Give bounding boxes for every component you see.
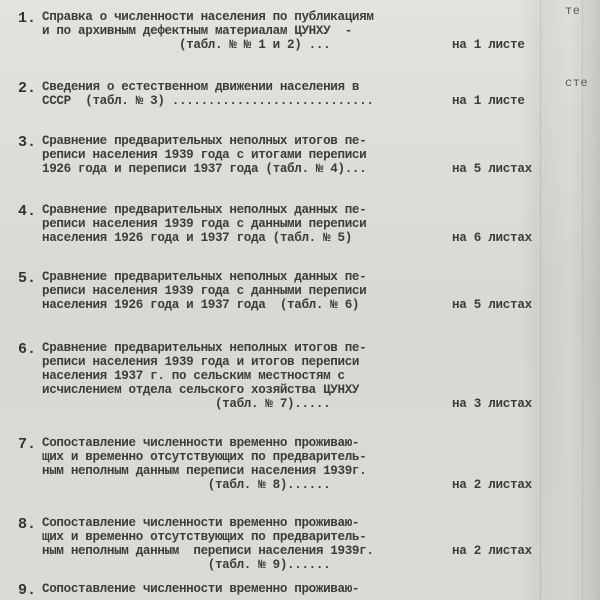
bleed-through-text: сте [565,76,588,90]
page-fold-line [540,0,541,600]
item-number: 2. [18,80,36,97]
item-text-line: (табл. № 9)...... [42,558,374,572]
item-text-line: СССР (табл. № 3) .......................… [42,94,374,108]
item-text-line: Сравнение предварительных неполных данны… [42,203,366,217]
item-text-line: (табл. № № 1 и 2) ... [42,38,374,52]
item-text-line: исчислением отдела сельского хозяйства Ц… [42,383,366,397]
item-text-line: реписи населения 1939 года с данными пер… [42,284,366,298]
item-number: 8. [18,516,36,533]
item-text-line: Сравнение предварительных неполных итого… [42,341,366,355]
sheet-count: на 2 листах [452,478,532,492]
item-text-line: Сведения о естественном движении населен… [42,80,374,94]
item-text-line: реписи населения 1939 года и итогов пере… [42,355,366,369]
item-text-line: ным неполным данным переписи населения 1… [42,544,374,558]
item-text-line: Сопоставление численности временно прожи… [42,436,366,450]
sheet-count: на 2 листах [452,544,532,558]
item-text-line: населения 1926 года и 1937 года (табл. №… [42,298,366,312]
sheet-count: на 3 листах [452,397,532,411]
item-text-line: щих и временно отсутствующих по предвари… [42,530,374,544]
item-text-line: и по архивным дефектным материалам ЦУНХУ… [42,24,374,38]
sheet-count: на 1 листе [452,94,525,108]
document-page: те сте 1. Справка о численности населени… [0,0,600,600]
item-number: 4. [18,203,36,220]
item-text-line: Справка о численности населения по публи… [42,10,374,24]
bleed-through-text: те [565,4,580,18]
item-text-line: 1926 года и переписи 1937 года (табл. № … [42,162,366,176]
item-text-line: Сравнение предварительных неполных данны… [42,270,366,284]
item-text-line: ным неполным данным переписи населения 1… [42,464,366,478]
page-fold-line [582,0,583,600]
item-number: 3. [18,134,36,151]
sheet-count: на 6 листах [452,231,532,245]
item-number: 1. [18,10,36,27]
item-text-line: Сравнение предварительных неполных итого… [42,134,366,148]
item-text-line: Сопоставление численности временно прожи… [42,582,359,596]
item-text-line: населения 1937 г. по сельским местностям… [42,369,366,383]
item-number: 6. [18,341,36,358]
item-text-line: реписи населения 1939 года с итогами пер… [42,148,366,162]
sheet-count: на 5 листах [452,162,532,176]
item-number: 7. [18,436,36,453]
sheet-count: на 5 листах [452,298,532,312]
item-number: 5. [18,270,36,287]
item-number: 9. [18,582,36,599]
item-text-line: щих и временно отсутствующих по предвари… [42,450,366,464]
item-text-line: населения 1926 года и 1937 года (табл. №… [42,231,366,245]
item-text-line: реписи населения 1939 года с данными пер… [42,217,366,231]
sheet-count: на 1 листе [452,38,525,52]
item-text-line: (табл. № 8)...... [42,478,366,492]
item-text-line: Сопоставление численности временно прожи… [42,516,374,530]
item-text-line: (табл. № 7)..... [42,397,366,411]
